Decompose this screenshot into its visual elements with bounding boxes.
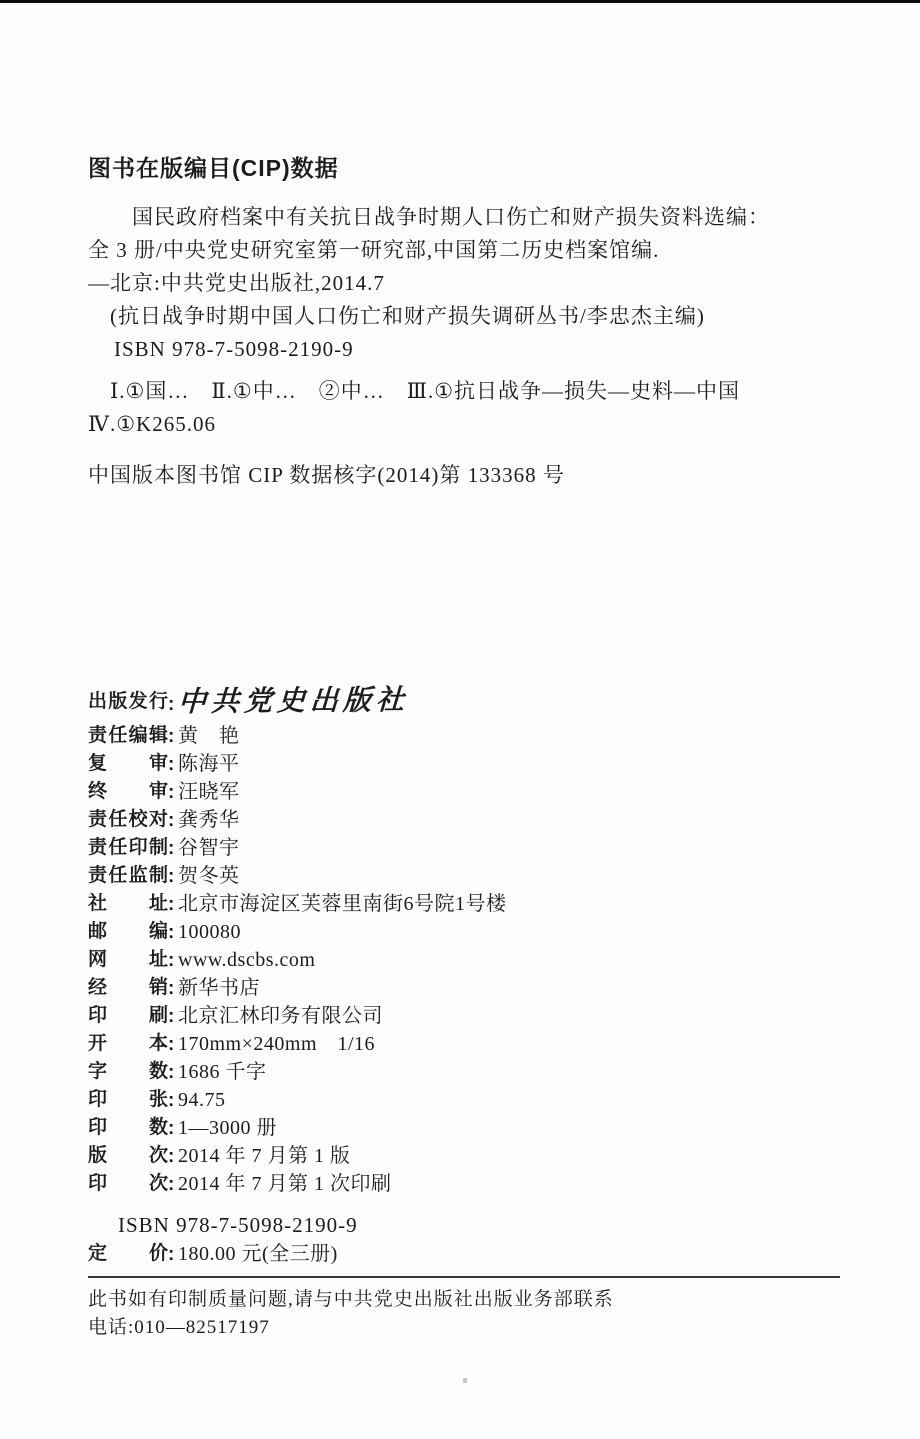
colophon-value: 1—3000 册	[178, 1117, 277, 1139]
colophon-label: 字数	[88, 1058, 168, 1086]
colophon-colon: :	[168, 807, 178, 835]
colophon-row-publisher: 出版发行:中共党史出版社	[88, 682, 848, 722]
colophon-colon: :	[168, 751, 178, 779]
colophon-value: 北京市海淀区芙蓉里南街6号院1号楼	[178, 893, 507, 915]
colophon-label: 出版发行	[88, 682, 168, 722]
colophon-colon: :	[168, 1241, 178, 1269]
colophon-colon: :	[168, 863, 178, 891]
publisher-calligraphy-logo: 中共党史出版社	[177, 681, 410, 723]
colophon-label: 印数	[88, 1114, 168, 1142]
colophon-value: 2014 年 7 月第 1 次印刷	[178, 1173, 392, 1195]
colophon-label: 印次	[88, 1170, 168, 1198]
colophon-colon: :	[168, 975, 178, 1003]
colophon-label: 开本	[88, 1030, 168, 1058]
scan-speck-dot	[463, 1378, 467, 1383]
colophon-label: 责任印制	[88, 834, 168, 862]
colophon-row: 经销:新华书店	[88, 974, 848, 1002]
colophon-value: 谷智宇	[178, 837, 240, 859]
colophon-row: 责任监制:贺冬英	[88, 862, 848, 890]
colophon-label: 终审	[88, 778, 168, 806]
colophon-colon: :	[168, 1143, 178, 1171]
colophon-value: 汪晓军	[178, 781, 240, 803]
colophon-value: 新华书店	[178, 977, 260, 999]
colophon-colon: :	[168, 779, 178, 807]
colophon-label: 经销	[88, 974, 168, 1002]
colophon-label: 网址	[88, 946, 168, 974]
price-value: 180.00 元(全三册)	[178, 1243, 338, 1265]
colophon-label: 印刷	[88, 1002, 168, 1030]
colophon-colon: :	[168, 1115, 178, 1143]
colophon-colon: :	[168, 919, 178, 947]
colophon-row: 字数:1686 千字	[88, 1058, 848, 1086]
scan-edge-artifact	[0, 0, 920, 3]
colophon-value: 94.75	[178, 1089, 226, 1111]
colophon-value: 1686 千字	[178, 1061, 267, 1083]
quality-notice-line: 此书如有印制质量问题,请与中共党史出版社出版业务部联系	[88, 1286, 848, 1314]
colophon-block: 出版发行:中共党史出版社 责任编辑:黄 艳 复审:陈海平 终审:汪晓军 责任校对…	[88, 682, 848, 1342]
colophon-value: 100080	[178, 921, 241, 943]
colophon-label: 责任监制	[88, 862, 168, 890]
colophon-label: 版次	[88, 1142, 168, 1170]
colophon-label: 责任编辑	[88, 722, 168, 750]
colophon-row: 责任编辑:黄 艳	[88, 722, 848, 750]
colophon-label: 邮编	[88, 918, 168, 946]
colophon-row: 印数:1—3000 册	[88, 1114, 848, 1142]
colophon-colon: :	[168, 947, 178, 975]
colophon-colon: :	[168, 1087, 178, 1115]
colophon-colon: :	[168, 891, 178, 919]
colophon-colon: :	[168, 1003, 178, 1031]
colophon-value: 北京汇林印务有限公司	[178, 1005, 383, 1027]
isbn-line: ISBN 978-7-5098-2190-9	[88, 1210, 848, 1240]
price-row: 定价:180.00 元(全三册)	[88, 1240, 848, 1268]
cip-classification-line: Ⅰ.①国… Ⅱ.①中… ②中… Ⅲ.①抗日战争—损失—史料—中国	[88, 375, 848, 408]
colophon-row: 邮编:100080	[88, 918, 848, 946]
colophon-row: 终审:汪晓军	[88, 778, 848, 806]
colophon-row: 社址:北京市海淀区芙蓉里南街6号院1号楼	[88, 890, 848, 918]
cip-registry-line: 中国版本图书馆 CIP 数据核字(2014)第 133368 号	[88, 459, 848, 489]
colophon-value: 2014 年 7 月第 1 版	[178, 1145, 351, 1167]
colophon-value: 陈海平	[178, 753, 240, 775]
colophon-label: 印张	[88, 1086, 168, 1114]
cip-record-line: 国民政府档案中有关抗日战争时期人口伤亡和财产损失资料选编：	[88, 201, 848, 234]
footer-divider-rule	[88, 1276, 840, 1278]
cip-classification-line: Ⅳ.①K265.06	[88, 408, 848, 441]
colophon-colon: :	[168, 1059, 178, 1087]
colophon-row: 复审:陈海平	[88, 750, 848, 778]
colophon-row: 开本:170mm×240mm 1/16	[88, 1030, 848, 1058]
cip-data-block: 图书在版编目(CIP)数据 国民政府档案中有关抗日战争时期人口伤亡和财产损失资料…	[88, 150, 848, 489]
colophon-value: 170mm×240mm 1/16	[178, 1033, 375, 1055]
colophon-row: 印刷:北京汇林印务有限公司	[88, 1002, 848, 1030]
colophon-row: 版次:2014 年 7 月第 1 版	[88, 1142, 848, 1170]
colophon-colon: :	[168, 1031, 178, 1059]
colophon-colon: :	[168, 835, 178, 863]
colophon-value website-url: www.dscbs.com	[178, 949, 315, 971]
cip-record-line: —北京:中共党史出版社,2014.7	[88, 267, 848, 300]
colophon-value: 龚秀华	[178, 809, 240, 831]
colophon-row: 责任校对:龚秀华	[88, 806, 848, 834]
colophon-label: 社址	[88, 890, 168, 918]
colophon-label: 责任校对	[88, 806, 168, 834]
cip-record-line: (抗日战争时期中国人口伤亡和财产损失调研丛书/李忠杰主编)	[88, 300, 848, 333]
cip-record-line: 全 3 册/中央党史研究室第一研究部,中国第二历史档案馆编.	[88, 234, 848, 267]
colophon-colon: :	[168, 723, 178, 751]
colophon-row: 印张:94.75	[88, 1086, 848, 1114]
contact-phone-line: 电话:010—82517197	[88, 1314, 848, 1342]
colophon-label: 定价	[88, 1240, 168, 1268]
colophon-label: 复审	[88, 750, 168, 778]
cip-isbn-line: ISBN 978-7-5098-2190-9	[88, 333, 848, 366]
cip-heading: 图书在版编目(CIP)数据	[88, 150, 848, 183]
colophon-colon: :	[168, 1171, 178, 1199]
colophon-row: 印次:2014 年 7 月第 1 次印刷	[88, 1170, 848, 1198]
colophon-value: 贺冬英	[178, 865, 240, 887]
colophon-value: 黄 艳	[178, 725, 240, 747]
colophon-row: 责任印制:谷智宇	[88, 834, 848, 862]
colophon-row: 网址:www.dscbs.com	[88, 946, 848, 974]
